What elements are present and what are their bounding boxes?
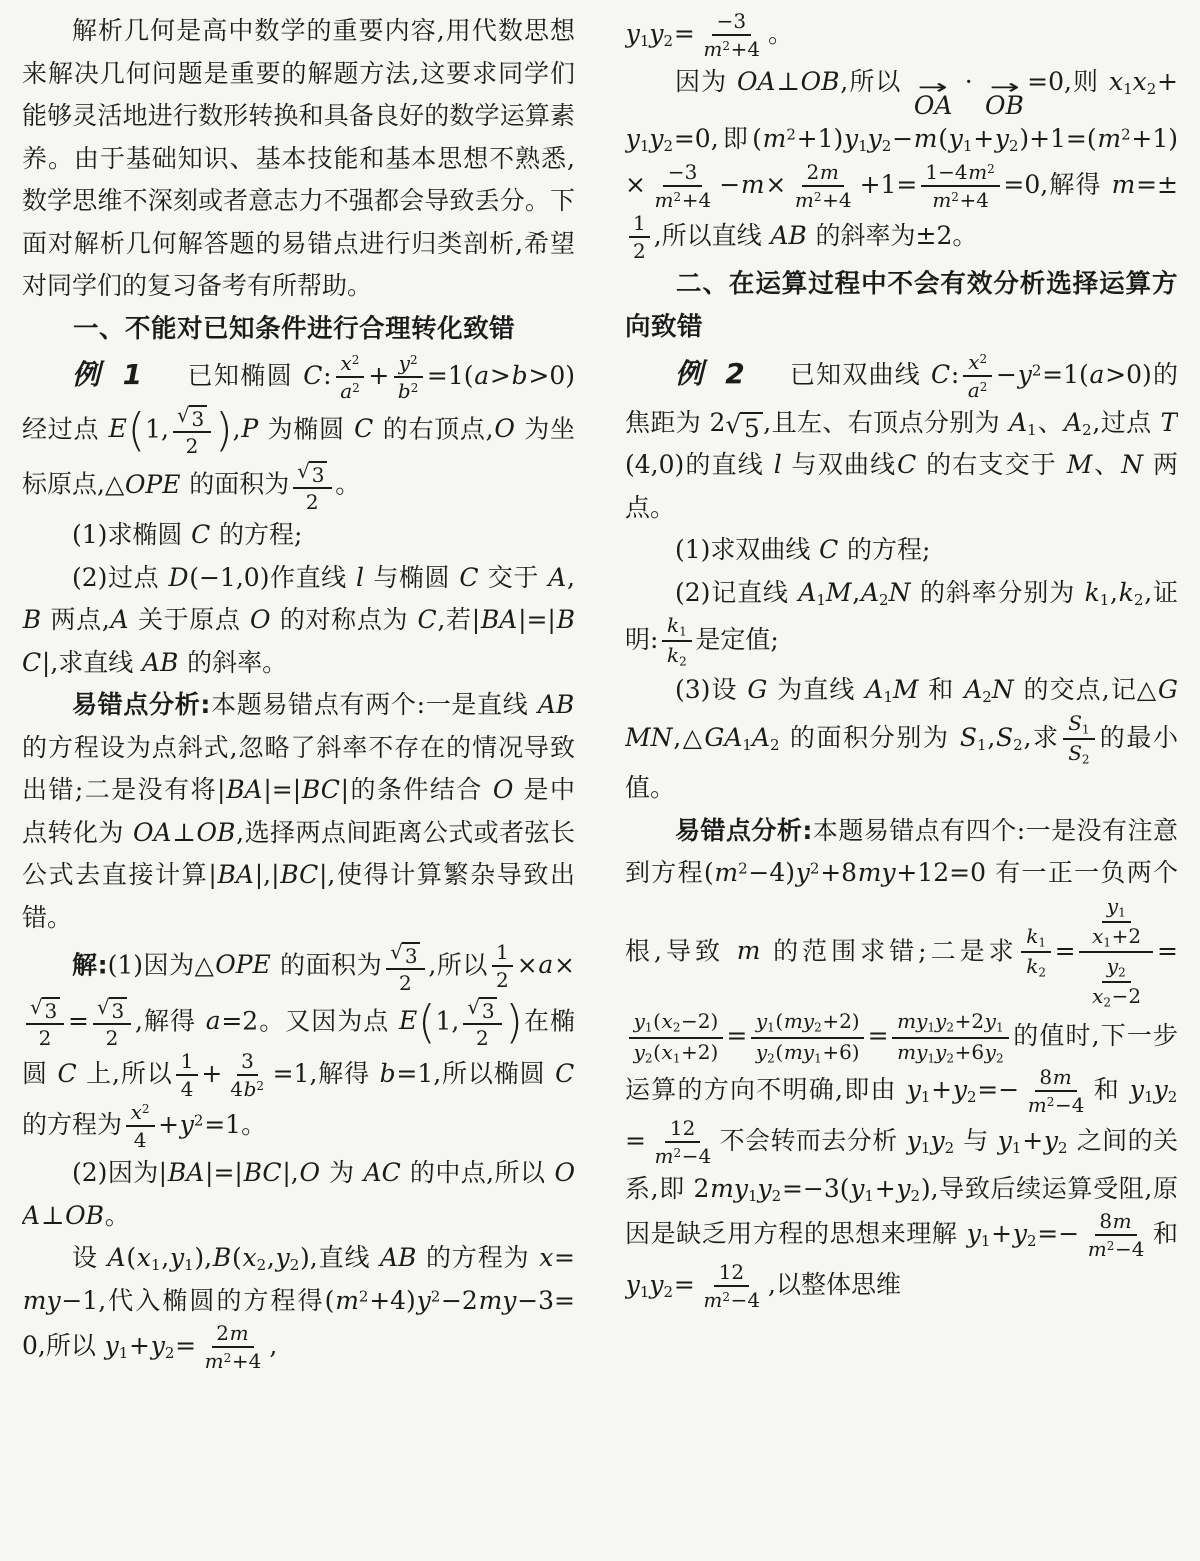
subscript: 1 <box>1144 1088 1154 1106</box>
math-run: AC <box>363 1158 402 1187</box>
text-run: 为 <box>321 1158 363 1187</box>
text-run: 一、不能对已知条件进行合理转化致错 <box>73 314 515 344</box>
math-run: b <box>379 1059 397 1088</box>
subscript: 1 <box>184 1256 194 1274</box>
subscript: 1 <box>921 1139 931 1157</box>
paragraph: 易错点分析:本题易错点有两个:一是直线 AB 的方程设为点斜式,忽略了斜率不存在… <box>22 684 575 939</box>
text-run: − <box>719 170 740 199</box>
subscript: 1 <box>981 1232 991 1250</box>
text-run: 12 <box>670 1116 695 1140</box>
math-fraction: 2mm2+4 <box>790 161 856 212</box>
text-run: : <box>323 361 331 390</box>
paragraph: (1)求椭圆 C 的方程; <box>22 514 575 557</box>
text-run: +4 <box>731 37 760 61</box>
paragraph: (2)记直线 A1M,A2N 的斜率分别为 k1,k2,证明:k1k2是定值; <box>625 572 1178 670</box>
text-run: 二、在运算过程中不会有效分析选择运算方向致错 <box>625 269 1178 342</box>
text-run: = <box>1157 936 1178 965</box>
math-run: y2 <box>179 1110 204 1139</box>
math-run: C <box>57 1059 78 1088</box>
subscript: 2 <box>946 1021 954 1035</box>
section-heading: 一、不能对已知条件进行合理转化致错 <box>22 308 575 351</box>
math-fraction: 1−4m2m2+4 <box>921 161 1000 212</box>
math-run: m2 <box>932 188 960 212</box>
fraction-denominator: 4b2 <box>226 1076 269 1101</box>
text-run: = <box>868 1022 889 1051</box>
text-run: = <box>726 1022 747 1051</box>
math-run: G <box>747 675 768 704</box>
math-fraction: 34b2 <box>226 1050 269 1101</box>
subscript: 1 <box>640 1283 650 1301</box>
text-run: )+1=( <box>1019 124 1096 153</box>
math-run: k2 <box>666 643 687 667</box>
math-run: m <box>1112 1209 1132 1233</box>
radicand: 3 <box>109 997 127 1022</box>
math-run: A2 <box>1063 408 1092 437</box>
math-run: b2 <box>397 379 419 403</box>
subscript: 1 <box>1038 935 1046 949</box>
math-run: k1 <box>666 613 687 637</box>
subscript: 1 <box>1012 1139 1022 1157</box>
math-run: P <box>241 414 259 443</box>
math-fraction: y1x1+2 <box>1087 895 1145 950</box>
fraction-denominator: m2−4 <box>1083 1236 1149 1261</box>
fraction-numerator: 1−4m2 <box>921 161 1000 187</box>
math-run: x2 <box>242 1243 267 1272</box>
subscript: 2 <box>673 1021 681 1035</box>
bold-label: 易错点分析: <box>72 690 210 719</box>
math-run: y1y2 <box>843 124 892 153</box>
math-run: x1 <box>1091 924 1111 948</box>
math-run: x2 <box>130 1100 150 1124</box>
math-run: y2 <box>1012 1219 1037 1248</box>
superscript: 2 <box>738 860 748 878</box>
text-run: 已知双曲线 <box>762 360 930 389</box>
text-run: =−3( <box>782 1174 850 1203</box>
math-run: BC <box>243 1158 282 1187</box>
math-fraction: y1(my2+2)y2(my1+6) <box>751 1010 864 1065</box>
subscript: 1 <box>1118 905 1126 919</box>
superscript: 2 <box>410 353 418 367</box>
text-run: ,过点 <box>1092 408 1159 437</box>
math-run: m2 <box>703 37 731 61</box>
text-run: , <box>233 414 241 443</box>
math-run: m2 <box>703 1288 731 1312</box>
math-run: A2N <box>963 675 1014 704</box>
math-run: m <box>229 1321 249 1345</box>
text-run: 为椭圆 <box>259 414 354 443</box>
math-run: y1 <box>755 1009 775 1033</box>
text-run: +1) <box>797 124 844 153</box>
fraction-denominator: 4 <box>129 1127 151 1152</box>
subscript: 2 <box>664 32 674 50</box>
bold-label: 易错点分析: <box>675 816 812 845</box>
superscript: 2 <box>722 1290 730 1304</box>
math-fraction: x2a2 <box>335 352 365 403</box>
math-fraction: √32 <box>463 995 502 1051</box>
text-run: 的方程为 <box>417 1243 538 1272</box>
text-run: +2) <box>822 1009 859 1033</box>
subscript: 1 <box>1103 935 1111 949</box>
text-run: + <box>991 1219 1012 1248</box>
math-fraction: 2mm2+4 <box>200 1322 266 1373</box>
math-run: a2 <box>967 378 988 402</box>
math-run: b2 <box>243 1077 265 1101</box>
text-run: 的斜率。 <box>179 648 287 677</box>
subscript: 1 <box>864 1187 874 1205</box>
math-run: b <box>511 361 529 390</box>
math-run: y1y2 <box>1129 1075 1178 1104</box>
text-run: =1( <box>427 361 474 390</box>
text-run: = <box>1055 936 1076 965</box>
math-run: y2 <box>1017 360 1042 389</box>
text-run: + <box>201 1059 222 1088</box>
math-run: BA <box>217 860 255 889</box>
fraction-denominator: y2(my1+6) <box>751 1039 864 1066</box>
text-run: 3 <box>45 999 58 1023</box>
text-run: ( <box>126 1243 136 1272</box>
math-fraction: −3m2+4 <box>650 161 716 212</box>
subscript: 2 <box>664 138 674 156</box>
text-run: 的中点,所以 <box>402 1158 554 1187</box>
text-run: 的方程为 <box>22 1110 122 1139</box>
math-run: y2 <box>896 1174 921 1203</box>
fraction-denominator: m2+4 <box>790 187 856 212</box>
math-run: y1 <box>966 1219 991 1248</box>
superscript: 2 <box>1032 361 1042 379</box>
subscript: 2 <box>770 736 780 754</box>
subscript: 2 <box>257 1256 267 1274</box>
text-run: ,所以直线 <box>654 221 770 250</box>
math-run: my2 <box>783 1009 822 1033</box>
math-run: y2 <box>994 124 1019 153</box>
paragraph: (3)设 G 为直线 A1M 和 A2N 的交点,记△GMN,△GA1A2 的面… <box>625 669 1178 809</box>
subscript: 1 <box>748 1187 758 1205</box>
text-run: =0,解得 <box>1003 170 1111 199</box>
text-run: 。 <box>335 470 360 499</box>
fraction-denominator: y2x2−2 <box>1079 953 1153 1010</box>
math-run: m <box>913 124 938 153</box>
subscript: 1 <box>1027 421 1037 439</box>
text-run: 的面积为 <box>272 950 383 979</box>
fraction-numerator: √3 <box>173 403 212 434</box>
math-run: A <box>107 1243 127 1272</box>
math-sqrt: √3 <box>390 942 420 967</box>
math-run: A1M <box>798 578 853 607</box>
text-run: 的对称点为 <box>271 605 417 634</box>
text-run: +6 <box>955 1040 984 1064</box>
radicand: 5 <box>740 412 763 443</box>
math-run: m2 <box>1027 1093 1055 1117</box>
math-sqrt: √3 <box>177 405 207 430</box>
math-run: N <box>1120 450 1143 479</box>
math-run: y2 <box>1043 1126 1068 1155</box>
text-run: ( <box>938 124 948 153</box>
subscript: 1 <box>673 1051 681 1065</box>
math-run: a <box>474 361 490 390</box>
subscript: 2 <box>772 1187 782 1205</box>
paragraph: 例 2 已知双曲线 C:x2a2−y2=1(a>0)的焦距为 2√5,且左、右顶… <box>625 350 1178 530</box>
math-run: my1y2 <box>897 1009 955 1033</box>
text-run: 、 <box>1037 408 1063 437</box>
text-run: −3 <box>668 160 697 184</box>
big-paren: ( <box>418 995 436 1048</box>
superscript: 2 <box>1121 126 1131 144</box>
math-run: m2 <box>334 1286 369 1315</box>
math-run: my <box>478 1286 517 1315</box>
text-run: −3 <box>717 10 746 33</box>
math-run: AB <box>379 1243 417 1272</box>
math-run: y2 <box>984 1040 1004 1064</box>
subscript: 2 <box>1027 1232 1037 1250</box>
subscript: 1 <box>927 1021 935 1035</box>
math-run: BC <box>301 775 340 804</box>
text-run: =0,则 <box>1027 67 1108 96</box>
fraction-numerator: y1(x2−2) <box>629 1010 723 1038</box>
math-fraction: k1k2 <box>1021 925 1051 980</box>
fraction-denominator: k2 <box>662 642 692 669</box>
text-run: · <box>956 67 982 96</box>
paragraph: 易错点分析:本题易错点有四个:一是没有注意到方程(m2−4)y2+8my+12=… <box>625 810 1178 1312</box>
math-fraction: my1y2+2y1my1y2+6y2 <box>892 1010 1008 1065</box>
text-run: 交于 <box>479 563 547 592</box>
math-run: C <box>303 361 324 390</box>
math-run: k1 <box>1026 924 1047 948</box>
text-run: +4) <box>369 1286 416 1315</box>
math-run: my1y2 <box>709 1174 782 1203</box>
text-run: 5 <box>744 414 760 443</box>
bold-label: 解: <box>72 950 108 979</box>
text-run: × <box>554 950 575 979</box>
text-run: =1,所以椭圆 <box>396 1059 554 1088</box>
text-run: −1,代入椭圆的方程得( <box>61 1286 334 1315</box>
subscript: 2 <box>290 1256 300 1274</box>
math-run: M <box>1066 450 1093 479</box>
paragraph: 设 A(x1,y1),B(x2,y2),直线 AB 的方程为 x=my−1,代入… <box>22 1237 575 1373</box>
text-run: 3 <box>312 463 325 487</box>
math-run: y1 <box>169 1243 194 1272</box>
text-run: 8 <box>1039 1065 1052 1089</box>
math-fraction: 12m2−4 <box>698 1261 764 1312</box>
math-run: x2 <box>1091 984 1111 1008</box>
math-run: y2 <box>416 1286 441 1315</box>
fraction-denominator: 2 <box>629 238 651 263</box>
radicand: 3 <box>309 461 327 486</box>
text-run: 1, <box>145 414 169 443</box>
math-run: y1 <box>1106 894 1126 918</box>
vector: →OB <box>984 82 1024 119</box>
fraction-numerator: 2m <box>802 161 844 187</box>
fraction-numerator: √3 <box>93 995 132 1026</box>
text-run: ,△ <box>673 723 703 752</box>
subscript: 1 <box>119 1344 129 1362</box>
text-run: + <box>158 1110 179 1139</box>
subscript: 1 <box>883 689 893 707</box>
radicand: 3 <box>42 997 60 1022</box>
superscript: 2 <box>951 190 959 204</box>
text-run: ⊥ <box>172 818 196 847</box>
text-run: 2 <box>807 160 820 184</box>
text-run: +2 <box>955 1009 984 1033</box>
math-run: x1 <box>661 1040 681 1064</box>
text-run: = <box>674 19 695 48</box>
subscript: 2 <box>996 1051 1004 1065</box>
text-run: 的右顶点, <box>374 414 494 443</box>
text-run: : <box>951 360 959 389</box>
subscript: 2 <box>1038 965 1046 979</box>
text-run: (2)记直线 <box>675 578 798 607</box>
math-run: OPE <box>214 950 271 979</box>
math-run: OPE <box>124 470 181 499</box>
text-run: +1= <box>860 170 918 199</box>
fraction-numerator: 12 <box>665 1117 699 1143</box>
example-label: 例 2 <box>675 357 750 390</box>
text-run: 与椭圆 <box>365 563 459 592</box>
superscript: 2 <box>142 1102 150 1116</box>
math-fraction: x24 <box>126 1101 155 1152</box>
math-sqrt: √3 <box>97 997 127 1022</box>
left-column: 解析几何是高中数学的重要内容,用代数思想来解决几何问题是重要的解题方法,这要求同… <box>22 10 575 1561</box>
math-run: y2 <box>633 1040 653 1064</box>
math-run: m2 <box>654 1144 682 1168</box>
text-run: 和 <box>1092 1075 1129 1104</box>
superscript: 2 <box>431 1287 441 1305</box>
math-fraction: 8mm2−4 <box>1083 1210 1149 1261</box>
paragraph: 因为 OA⊥OB,所以 →OA · →OB=0,则 x1x2+y1y2=0,即(… <box>625 61 1178 263</box>
vector-arrow-icon: → <box>918 82 948 94</box>
fraction-denominator: 2 <box>492 967 514 992</box>
section-heading: 二、在运算过程中不会有效分析选择运算方向致错 <box>625 263 1178 350</box>
text-run: |=| <box>263 775 301 804</box>
fraction-numerator: k1 <box>1021 925 1051 953</box>
paragraph: 解:(1)因为△OPE 的面积为√32,所以12×a×√32=√32,解得 a=… <box>22 939 575 1152</box>
text-run: 的面积分别为 <box>780 723 959 752</box>
text-run: 1, <box>436 1006 460 1035</box>
text-run: ( <box>653 1040 661 1064</box>
fraction-numerator: 2m <box>212 1322 254 1348</box>
math-fraction: y1(x2−2)y2(x1+2) <box>629 1010 723 1065</box>
superscript: 2 <box>1047 1095 1055 1109</box>
subscript: 2 <box>1082 752 1090 766</box>
subscript: 1 <box>816 591 826 609</box>
superscript: 2 <box>194 1112 204 1130</box>
fraction-numerator: y2 <box>394 352 423 378</box>
subscript: 2 <box>664 1283 674 1301</box>
superscript: 2 <box>674 1146 682 1160</box>
subscript: 2 <box>982 689 992 707</box>
math-sqrt: √5 <box>725 412 763 443</box>
math-run: x2 <box>340 351 360 375</box>
superscript: 2 <box>1107 1239 1115 1253</box>
text-run: 的交点,记△ <box>1014 675 1157 704</box>
fraction-numerator: 1 <box>492 941 514 967</box>
math-run: x2 <box>661 1009 681 1033</box>
text-run: 不会转而去分析 <box>719 1126 906 1155</box>
text-run: =2。又因为点 <box>221 1006 398 1035</box>
math-run: A <box>547 563 567 592</box>
text-run: + <box>973 124 994 153</box>
math-run: m <box>1052 1065 1072 1089</box>
superscript: 2 <box>352 381 360 395</box>
subscript: 1 <box>1100 591 1110 609</box>
text-run: 。 <box>105 1201 130 1230</box>
math-fraction: y2x2−2 <box>1087 955 1145 1010</box>
math-run: E <box>398 1006 418 1035</box>
big-paren: ) <box>505 995 523 1048</box>
fraction-denominator: 2 <box>101 1025 123 1050</box>
big-paren: ) <box>215 403 233 456</box>
text-run: −4 <box>731 1288 760 1312</box>
math-run: A <box>110 605 130 634</box>
math-fraction: y2b2 <box>393 352 423 403</box>
text-run: 和 <box>1152 1219 1178 1248</box>
math-run: O <box>494 414 516 443</box>
text-run: 3 <box>241 1049 254 1073</box>
math-run: my <box>857 858 896 887</box>
subscript: 1 <box>927 1051 935 1065</box>
text-run: 2 <box>399 971 412 995</box>
math-run: y1 <box>984 1009 1004 1033</box>
math-fraction: 12m2−4 <box>650 1117 716 1168</box>
math-run: AB <box>141 648 179 677</box>
right-column: y1y2=−3m2+4。因为 OA⊥OB,所以 →OA · →OB=0,则 x1… <box>625 10 1178 1561</box>
math-run: m2 <box>794 188 822 212</box>
page-root: 解析几何是高中数学的重要内容,用代数思想来解决几何问题是重要的解题方法,这要求同… <box>0 0 1200 1561</box>
math-run: y2 <box>275 1243 300 1272</box>
math-run: x1x2 <box>1108 67 1157 96</box>
fraction-denominator: m2−4 <box>650 1143 716 1168</box>
fraction-denominator: x2−2 <box>1087 983 1145 1010</box>
math-run: BA <box>480 605 518 634</box>
superscript: 2 <box>980 380 988 394</box>
big-paren: ( <box>128 403 146 456</box>
text-run: × <box>517 950 538 979</box>
fraction-denominator: b2 <box>393 378 423 403</box>
subscript: 1 <box>996 1021 1004 1035</box>
text-run: 2 <box>476 1026 489 1050</box>
subscript: 2 <box>767 1051 775 1065</box>
fraction-numerator: √3 <box>463 995 502 1026</box>
text-run: 3 <box>405 944 418 968</box>
subscript: 2 <box>1082 421 1092 439</box>
subscript: 2 <box>645 1051 653 1065</box>
text-run: 12 <box>719 1260 744 1284</box>
text-run: ,解得 <box>135 1006 205 1035</box>
text-run: ,所以 <box>840 67 910 96</box>
subscript: 2 <box>1168 1088 1178 1106</box>
text-run: +2 <box>1112 924 1141 948</box>
math-run: m <box>819 160 839 184</box>
text-run: |的条件结合 <box>341 775 493 804</box>
fraction-denominator: k2 <box>1021 953 1051 980</box>
math-run: l <box>773 450 783 479</box>
text-run: , <box>269 1331 277 1360</box>
math-run: a <box>538 950 554 979</box>
fraction-denominator: 4 <box>176 1076 198 1101</box>
text-run: 两点, <box>42 605 110 634</box>
paragraph: (2)因为|BA|=|BC|,O 为 AC 的中点,所以 OA⊥OB。 <box>22 1152 575 1237</box>
text-run: |, <box>282 1158 298 1187</box>
radicand: 3 <box>189 405 207 430</box>
math-fraction: S1S2 <box>1063 712 1094 767</box>
math-fraction: 8mm2−4 <box>1023 1066 1089 1117</box>
text-run: =− <box>977 1075 1019 1104</box>
math-run: a <box>205 1006 221 1035</box>
text-run: > <box>490 361 511 390</box>
fraction-numerator: 1 <box>176 1050 198 1076</box>
text-run: 与 <box>955 1126 997 1155</box>
subscript: 1 <box>742 736 752 754</box>
superscript: 2 <box>256 1079 264 1093</box>
